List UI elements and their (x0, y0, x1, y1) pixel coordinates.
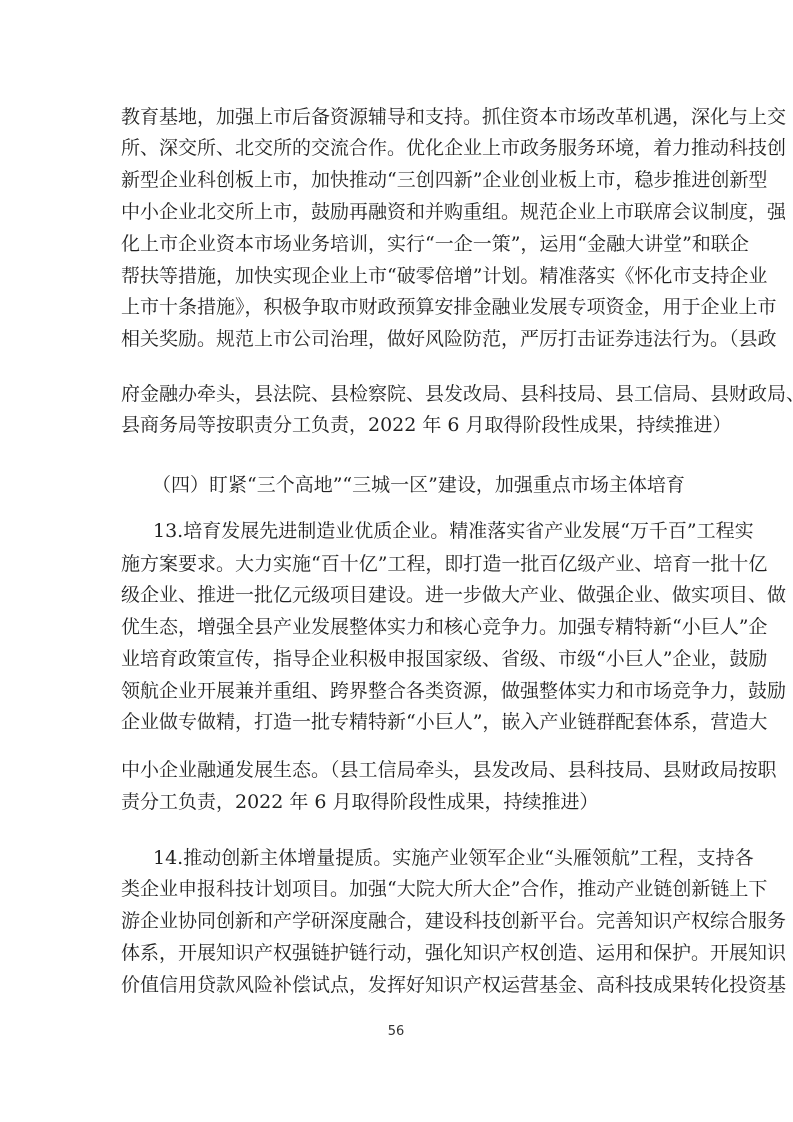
text-line: 府金融办牵头，县法院、县检察院、县发改局、县科技局、县工信局、县财政局、 (121, 382, 673, 406)
text-line: 所、深交所、北交所的交流合作。优化企业上市政务服务环境，着力推动科技创 (121, 136, 673, 160)
text-line: 帮扶等措施，加快实现企业上市“破零倍增”计划。精准落实《怀化市支持企业 (121, 264, 673, 288)
text-line: 13.培育发展先进制造业优质企业。精准落实省产业发展“万千百”工程实 (153, 519, 673, 543)
text-line: 中小企业融通发展生态。（县工信局牵头，县发改局、县科技局、县财政局按职 (121, 758, 673, 782)
section-heading: （四）盯紧“三个高地”“三城一区”建设，加强重点市场主体培育 (152, 473, 673, 497)
text-line: 优生态，增强全县产业发展整体实力和核心竞争力。加强专精特新“小巨人”企 (121, 615, 673, 639)
text-line: 上市十条措施》，积极争取市财政预算安排金融业发展专项资金，用于企业上市 (121, 295, 673, 319)
text-line: 相关奖励。规范上市公司治理，做好风险防范，严厉打击证券违法行为。（县政 (121, 327, 673, 351)
text-line: 新型企业科创板上市，加快推动“三创四新”企业创业板上市，稳步推进创新型 (121, 168, 673, 192)
text-line: 体系，开展知识产权强链护链行动，强化知识产权创造、运用和保护。开展知识 (121, 941, 673, 965)
text-line: 企业做专做精，打造一批专精特新“小巨人”，嵌入产业链群配套体系，营造大 (121, 710, 673, 734)
text-line: 业培育政策宣传，指导企业积极申报国家级、省级、市级“小巨人”企业，鼓励 (121, 647, 673, 671)
text-line: 中小企业北交所上市，鼓励再融资和并购重组。规范企业上市联席会议制度，强 (121, 200, 673, 224)
text-line: 14.推动创新主体增量提质。实施产业领军企业“头雁领航”工程，支持各 (153, 846, 673, 870)
text-line: 类企业申报科技计划项目。加强“大院大所大企”合作，推动产业链创新链上下 (121, 877, 673, 901)
text-line: 责分工负责，2022 年 6 月取得阶段性成果，持续推进） (121, 790, 673, 814)
text-line: 施方案要求。大力实施“百十亿”工程，即打造一批百亿级产业、培育一批十亿 (121, 552, 673, 576)
text-line: 级企业、推进一批亿元级项目建设。进一步做大产业、做强企业、做实项目、做 (121, 583, 673, 607)
text-line: 化上市企业资本市场业务培训，实行“一企一策”，运用“金融大讲堂”和联企 (121, 232, 673, 256)
text-line: 价值信用贷款风险补偿试点，发挥好知识产权运营基金、高科技成果转化投资基 (121, 973, 673, 997)
document-page: 教育基地，加强上市后备资源辅导和支持。抓住资本市场改革机遇，深化与上交 所、深交… (0, 0, 793, 1122)
text-line: 教育基地，加强上市后备资源辅导和支持。抓住资本市场改革机遇，深化与上交 (121, 105, 673, 129)
page-number: 56 (376, 1024, 416, 1039)
text-line: 县商务局等按职责分工负责，2022 年 6 月取得阶段性成果，持续推进） (121, 413, 673, 437)
text-line: 领航企业开展兼并重组、跨界整合各类资源，做强整体实力和市场竞争力，鼓励 (121, 679, 673, 703)
text-line: 游企业协同创新和产学研深度融合，建设科技创新平台。完善知识产权综合服务 (121, 909, 673, 933)
